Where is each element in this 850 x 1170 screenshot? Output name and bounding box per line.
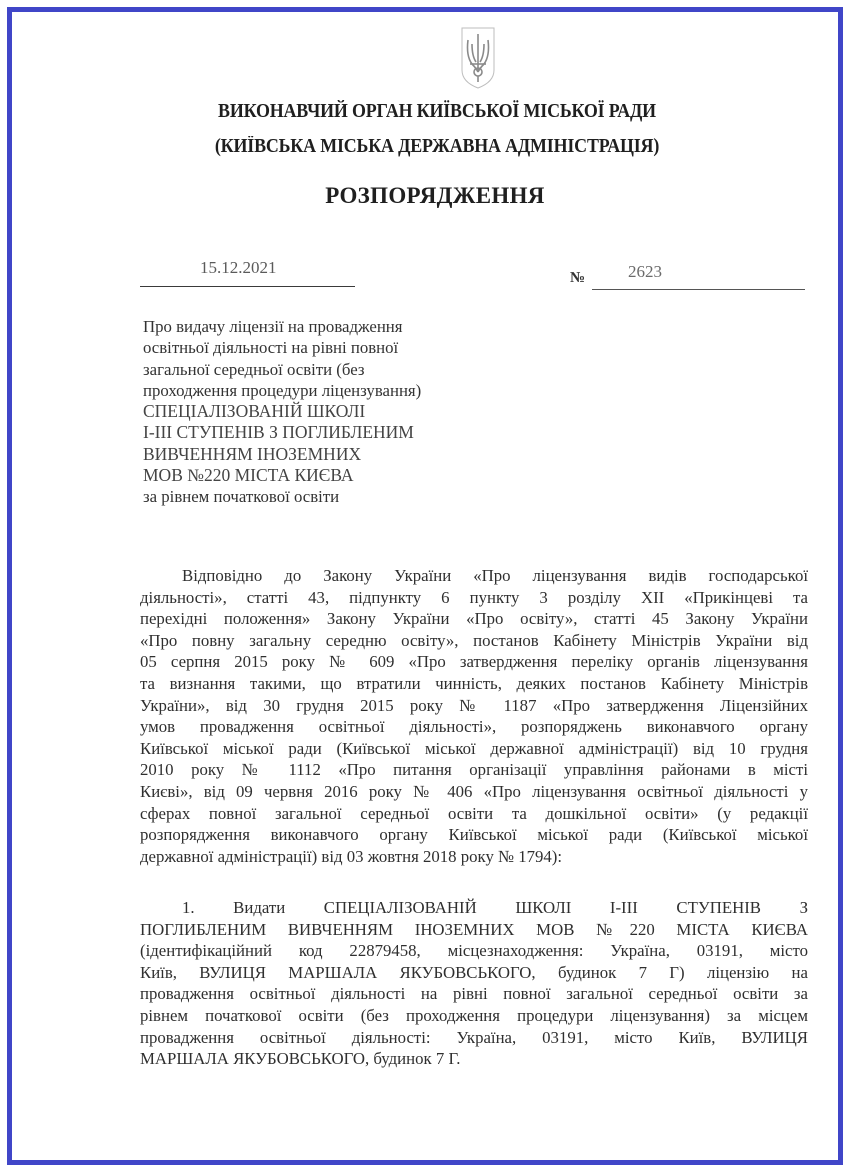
issuer-name: ВИКОНАВЧИЙ ОРГАН КИЇВСЬКОЇ МІСЬКОЇ РАДИ bbox=[46, 101, 828, 123]
item-line: (ідентифікаційний код 22879458, місцезна… bbox=[140, 940, 808, 962]
preamble-line: 2010 року № 1112 «Про питання організаці… bbox=[140, 759, 808, 781]
item-line: МАРШАЛА ЯКУБОВСЬКОГО, будинок 7 Г. bbox=[140, 1048, 808, 1070]
preamble-line: Відповідно до Закону України «Про ліценз… bbox=[140, 565, 808, 587]
item-line: провадження освітньої діяльності на рівн… bbox=[140, 983, 808, 1005]
preamble-line: умов провадження освітньої діяльності», … bbox=[140, 716, 808, 738]
item-line: рівнем початкової освіти (без проходженн… bbox=[140, 1005, 808, 1027]
number-underline bbox=[592, 289, 805, 290]
preamble-line: розпорядження виконавчого органу Київськ… bbox=[140, 824, 808, 846]
subject-line: Про видачу ліцензії на провадження bbox=[143, 316, 513, 337]
number-field: № 2623 bbox=[570, 264, 805, 290]
document-date: 15.12.2021 bbox=[200, 258, 277, 278]
preamble-line: сферах повної загальної середньої освіти… bbox=[140, 803, 808, 825]
document-subject: Про видачу ліцензії на провадження освіт… bbox=[143, 316, 513, 508]
preamble-line: Києві», від 09 червня 2016 року № 406 «П… bbox=[140, 781, 808, 803]
subject-line: ВИВЧЕННЯМ ІНОЗЕМНИХ bbox=[143, 444, 513, 465]
subject-line: СПЕЦІАЛІЗОВАНІЙ ШКОЛІ bbox=[143, 401, 513, 422]
preamble-paragraph: Відповідно до Закону України «Про ліценз… bbox=[140, 565, 808, 867]
preamble-line: діяльності», статті 43, підпункту 6 пунк… bbox=[140, 587, 808, 609]
item-line: 1. Видати СПЕЦІАЛІЗОВАНІЙ ШКОЛІ І-ІІІ СТ… bbox=[140, 897, 808, 919]
issuer-subtitle: (КИЇВСЬКА МІСЬКА ДЕРЖАВНА АДМІНІСТРАЦІЯ) bbox=[46, 136, 828, 158]
item-line: ПОГЛИБЛЕНИМ ВИВЧЕННЯМ ІНОЗЕМНИХ МОВ №220… bbox=[140, 919, 808, 941]
preamble-line: України», від 30 грудня 2015 року № 1187… bbox=[140, 695, 808, 717]
document-number: 2623 bbox=[628, 262, 662, 282]
subject-line: за рівнем початкової освіти bbox=[143, 486, 513, 507]
date-field: 15.12.2021 bbox=[140, 258, 355, 287]
subject-line: загальної середньої освіти (без bbox=[143, 359, 513, 380]
preamble-line: державної адміністрації) від 03 жовтня 2… bbox=[140, 846, 808, 868]
order-item-1: 1. Видати СПЕЦІАЛІЗОВАНІЙ ШКОЛІ І-ІІІ СТ… bbox=[140, 897, 808, 1070]
subject-line: проходження процедури ліцензування) bbox=[143, 380, 513, 401]
document-title: РОЗПОРЯДЖЕННЯ bbox=[10, 183, 850, 209]
preamble-line: Київської міської ради (Київської місько… bbox=[140, 738, 808, 760]
preamble-line: перехідні положення» Закону України «Про… bbox=[140, 608, 808, 630]
preamble-line: 05 серпня 2015 року № 609 «Про затвердже… bbox=[140, 651, 808, 673]
subject-line: освітньої діяльності на рівні повної bbox=[143, 337, 513, 358]
preamble-line: та визнання такими, що втратили чинність… bbox=[140, 673, 808, 695]
number-sign: № bbox=[570, 270, 585, 287]
subject-line: І-ІІІ СТУПЕНІВ З ПОГЛИБЛЕНИМ bbox=[143, 422, 513, 443]
item-line: Київ, ВУЛИЦЯ МАРШАЛА ЯКУБОВСЬКОГО, будин… bbox=[140, 962, 808, 984]
coat-of-arms-icon bbox=[460, 26, 496, 90]
subject-line: МОВ №220 МІСТА КИЄВА bbox=[143, 465, 513, 486]
preamble-line: «Про повну загальну середню освіту», пос… bbox=[140, 630, 808, 652]
item-line: провадження освітньої діяльності: Україн… bbox=[140, 1027, 808, 1049]
document-page: ВИКОНАВЧИЙ ОРГАН КИЇВСЬКОЇ МІСЬКОЇ РАДИ … bbox=[0, 0, 850, 1170]
